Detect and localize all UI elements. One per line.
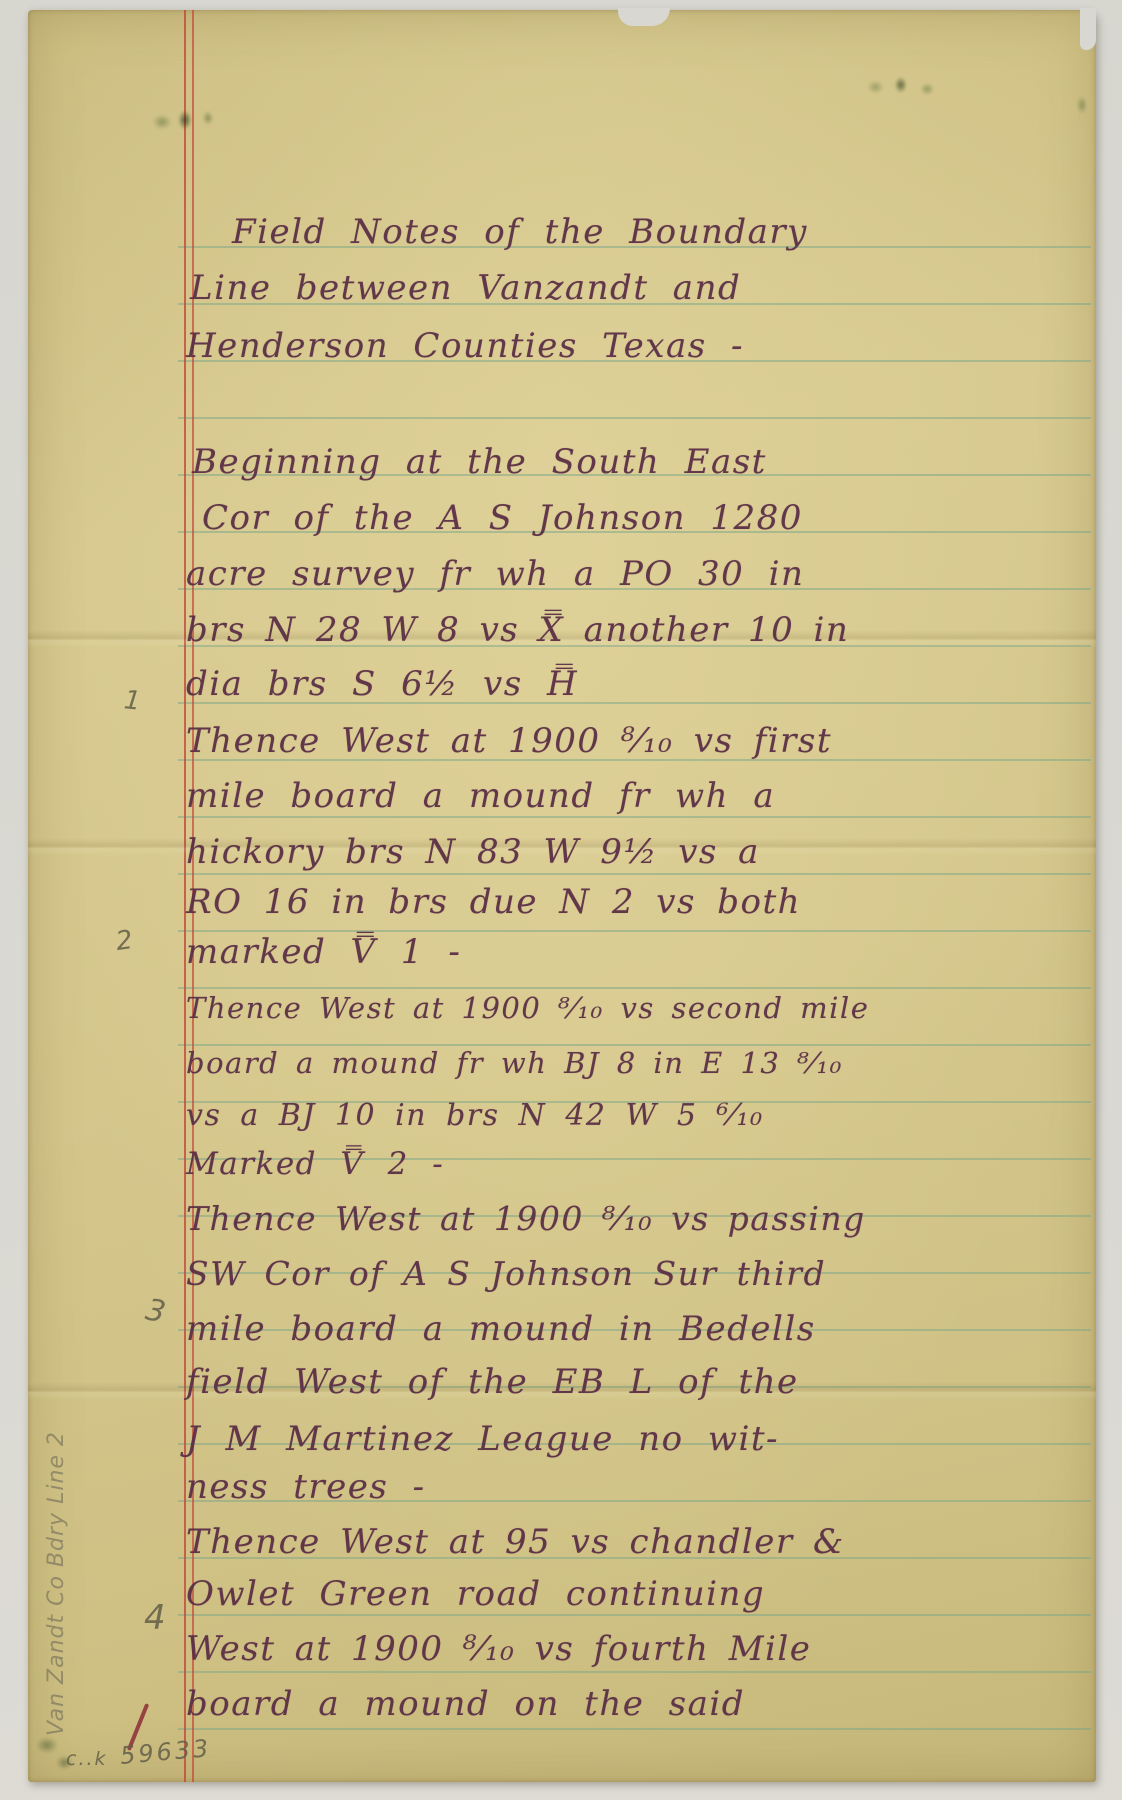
green-stamp-smudge [140,100,240,140]
handwritten-line: Beginning at the South East [192,436,1102,488]
handwritten-line: RO 16 in brs due N 2 vs both [186,876,1096,928]
handwritten-line: dia brs S 6½ vs H̿ [186,658,1096,710]
handwritten-line: Cor of the A S Johnson 1280 [202,492,1112,544]
handwritten-line: vs a BJ 10 in brs N 42 W 5 ⁶⁄₁₀ [186,1090,1096,1142]
handwritten-line: Owlet Green road continuing [186,1568,1096,1620]
footer-initials: c..k [66,1748,108,1770]
handwritten-line: Marked V̿ 2 - [186,1138,1096,1190]
handwritten-line: West at 1900 ⁸⁄₁₀ vs fourth Mile [186,1623,1096,1675]
scan-background: { "page": { "kind": "scanned handwritten… [0,0,1122,1800]
handwritten-line: Thence West at 1900 ⁸⁄₁₀ vs first [186,715,1096,767]
handwritten-line: mile board a mound fr wh a [186,770,1096,822]
handwritten-line: J M Martinez League no wit- [186,1413,1096,1465]
margin-mile-number: 4 [144,1598,166,1638]
handwritten-line: Thence West at 95 vs chandler & [186,1516,1096,1568]
title-line: Field Notes of the Boundary [232,206,1122,258]
margin-mile-number: 2 [114,925,135,957]
handwritten-line: field West of the EB L of the [186,1356,1096,1408]
handwritten-line: board a mound fr wh BJ 8 in E 13 ⁸⁄₁₀ [186,1037,1096,1089]
handwritten-line: board a mound on the said [186,1678,1096,1730]
green-stamp-smudge [848,66,958,108]
handwritten-line: hickory brs N 83 W 9½ vs a [186,826,1096,878]
handwritten-line: mile board a mound in Bedells [186,1303,1096,1355]
title-line: Henderson Counties Texas - [186,320,1096,372]
green-stamp-smudge [1070,88,1094,122]
handwritten-line: Thence West at 1900 ⁸⁄₁₀ vs second mile [186,982,1096,1034]
torn-edge-notch [618,8,670,26]
handwritten-line: marked V̿ 1 - [186,926,1096,978]
left-edge-archive-note: Van Zandt Co Bdry Line 2 [44,1394,69,1736]
paper-sheet: Field Notes of the Boundary Line between… [28,10,1096,1782]
margin-mile-number: 3 [143,1292,169,1330]
handwritten-line: acre survey fr wh a PO 30 in [186,548,1096,600]
handwritten-line: ness trees - [186,1461,1096,1513]
handwritten-line: Thence West at 1900 ⁸⁄₁₀ vs passing [186,1193,1096,1245]
torn-edge-notch [1080,8,1096,50]
handwritten-line: SW Cor of A S Johnson Sur third [186,1248,1096,1300]
handwritten-line: brs N 28 W 8 vs X̿ another 10 in [186,604,1096,656]
title-line: Line between Vanzandt and [190,262,1100,314]
margin-mile-number: 1 [122,685,142,717]
